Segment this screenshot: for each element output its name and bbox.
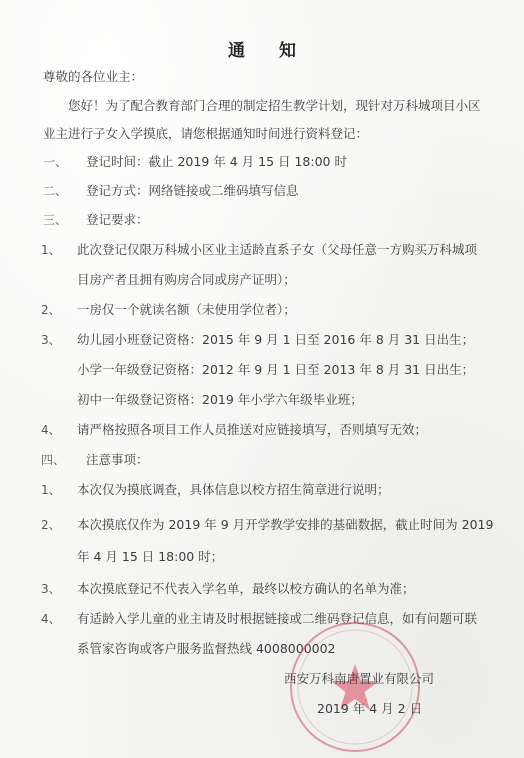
requirement-marker-4: 4、 (41, 422, 61, 438)
note-1-line-1: 本次仅为摸底调查，具体信息以校方招生简章进行说明； (77, 482, 390, 498)
requirement-3-line-1: 幼儿园小班登记资格：2015 年 9 月 1 日至 2016 年 8 月 31 … (77, 332, 474, 348)
note-2-line-2: 年 4 月 15 日 18:00 时； (77, 549, 223, 565)
note-marker-4: 4、 (41, 611, 61, 627)
requirement-1-line-2: 目房产者且拥有购房合同或房产证明）； (77, 272, 296, 288)
requirement-3-line-3: 初中一年级登记资格：2019 年小学六年级毕业班； (77, 392, 363, 408)
salutation: 尊敬的各位业主： (43, 69, 143, 85)
section-marker-3: 三、 (43, 212, 67, 228)
note-3-line-1: 本次摸底登记不代表入学名单，最终以校方确认的名单为准； (77, 581, 415, 597)
section-text-registration-time: 登记时间：截止 2019 年 4 月 15 日 18:00 时 (86, 154, 347, 170)
requirement-marker-1: 1、 (41, 242, 61, 258)
note-4-line-1: 有适龄入学儿童的业主请及时根据链接或二维码登记信息，如有问题可联 (77, 611, 477, 627)
requirement-marker-3: 3、 (41, 332, 61, 348)
signature-company: 西安万科南唐置业有限公司 (284, 671, 434, 687)
document-page: 通知 尊敬的各位业主： 您好！为了配合教育部门合理的制定招生教学计划，现针对万科… (0, 0, 524, 758)
section-marker-4: 四、 (41, 452, 65, 468)
section-text-registration-method: 登记方式：网络链接或二维码填写信息 (86, 183, 299, 199)
note-2-line-1: 本次摸底仅作为 2019 年 9 月开学教学安排的基础数据，截止时间为 2019 (77, 517, 493, 533)
requirement-2-line-1: 一房仅一个就读名额（未使用学位者）； (77, 302, 296, 318)
note-marker-3: 3、 (41, 581, 61, 597)
section-text-requirements: 登记要求： (86, 212, 149, 228)
requirement-1-line-1: 此次登记仅限万科城小区业主适龄直系子女（父母任意一方购买万科城项 (77, 242, 477, 258)
title-char-2: 知 (279, 36, 296, 61)
document-title: 通知 (0, 36, 524, 61)
section-marker-2: 二、 (43, 183, 67, 199)
note-4-line-2: 系管家咨询或客户服务监督热线 4008000002 (77, 641, 336, 657)
requirement-3-line-2: 小学一年级登记资格：2012 年 9 月 1 日至 2013 年 8 月 31 … (77, 362, 474, 378)
intro-line-2: 业主进行子女入学摸底，请您根据通知时间进行资料登记： (43, 126, 368, 142)
section-marker-1: 一、 (43, 154, 67, 170)
note-marker-1: 1、 (41, 482, 61, 498)
signature-date: 2019 年 4 月 2 日 (317, 701, 422, 717)
requirement-4-line-1: 请严格按照各项目工作人员推送对应链接填写，否则填写无效； (77, 422, 427, 438)
title-char-1: 通 (228, 36, 245, 61)
requirement-marker-2: 2、 (41, 302, 61, 318)
section-text-notes: 注意事项： (86, 452, 149, 468)
note-marker-2: 2、 (41, 517, 61, 533)
intro-line-1: 您好！为了配合教育部门合理的制定招生教学计划，现针对万科城项目小区 (68, 98, 481, 114)
